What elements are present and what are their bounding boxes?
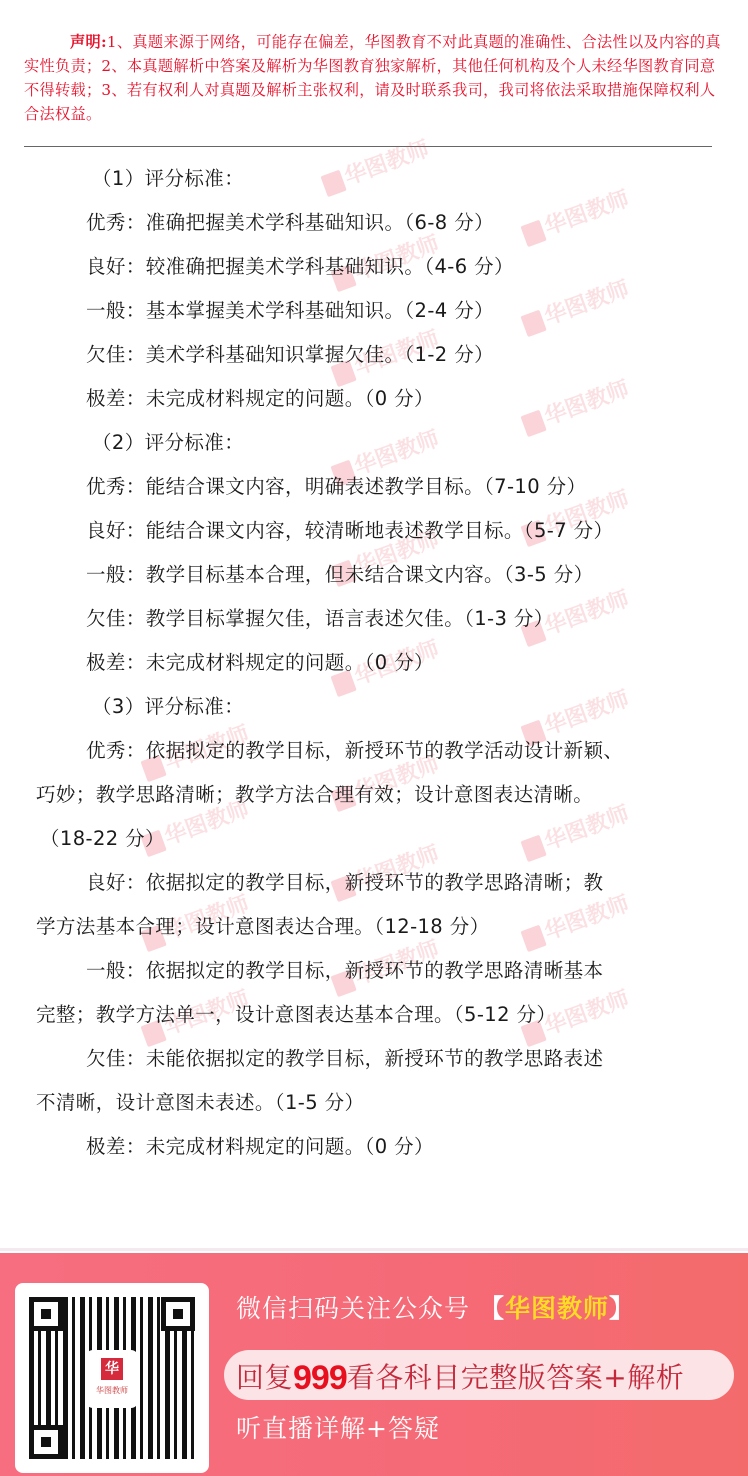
criteria-line: 优秀：依据拟定的教学目标，新授环节的教学活动设计新颖、 <box>86 735 623 763</box>
follow-text: 微信扫码关注公众号 【华图教师】 <box>236 1289 635 1325</box>
brand-name: 华图教师 <box>505 1294 609 1323</box>
watermark-logo-icon <box>520 925 546 953</box>
qr-code-card[interactable]: 华 华图教师 <box>15 1283 209 1473</box>
criteria-item: 欠佳：美术学科基础知识掌握欠佳。（1-2 分） <box>86 339 494 367</box>
notice-text: 1、真题来源于网络，可能存在偏差，华图教育不对此真题的准确性、合法性以及内容的真… <box>24 33 721 123</box>
watermark-logo-icon <box>520 220 546 248</box>
criteria-line: 一般：依据拟定的教学目标，新授环节的教学思路清晰基本 <box>86 955 603 983</box>
criteria-line: 不清晰，设计意图未表述。（1-5 分） <box>36 1087 364 1115</box>
watermark-logo-icon <box>520 410 546 438</box>
reply-pill: 回复999看各科目完整版答案+解析 <box>224 1350 734 1400</box>
watermark: 华图教师 <box>518 887 633 954</box>
watermark-logo-icon <box>320 170 346 198</box>
criteria-line: （18-22 分） <box>40 823 165 851</box>
promo-banner: 华 华图教师 微信扫码关注公众号 【华图教师】 回复999看各科目完整版答案+解… <box>0 1253 748 1476</box>
watermark: 华图教师 <box>518 272 633 339</box>
watermark: 华图教师 <box>518 372 633 439</box>
qr-finder-icon <box>29 1297 63 1331</box>
qr-finder-icon <box>29 1425 63 1459</box>
qr-center-logo: 华 华图教师 <box>89 1353 135 1405</box>
criteria-line: 巧妙；教学思路清晰；教学方法合理有效；设计意图表达清晰。 <box>36 779 593 807</box>
criteria-item: 良好：较准确把握美术学科基础知识。（4-6 分） <box>86 251 514 279</box>
watermark: 华图教师 <box>518 797 633 864</box>
section-heading: （2）评分标准： <box>92 427 244 455</box>
criteria-item: 优秀：准确把握美术学科基础知识。（6-8 分） <box>86 207 494 235</box>
qr-logo-text: 华图教师 <box>89 1385 135 1396</box>
criteria-line: 学方法基本合理；设计意图表达合理。（12-18 分） <box>36 911 490 939</box>
criteria-item: 极差：未完成材料规定的问题。（0 分） <box>86 647 434 675</box>
divider <box>24 146 712 147</box>
criteria-item: 优秀：能结合课文内容，明确表述教学目标。（7-10 分） <box>86 471 586 499</box>
criteria-line: 完整；教学方法单一，设计意图表达基本合理。（5-12 分） <box>36 999 556 1027</box>
section-heading: （1）评分标准： <box>92 163 244 191</box>
criteria-line: 极差：未完成材料规定的问题。（0 分） <box>86 1131 434 1159</box>
notice-label: 声明: <box>70 33 107 51</box>
watermark-logo-icon <box>520 310 546 338</box>
section-heading: （3）评分标准： <box>92 691 244 719</box>
criteria-line: 欠佳：未能依据拟定的教学目标，新授环节的教学思路表述 <box>86 1043 603 1071</box>
reply-number: 999 <box>293 1359 347 1397</box>
banner-divider <box>0 1248 748 1251</box>
watermark-logo-icon <box>520 835 546 863</box>
criteria-item: 一般：基本掌握美术学科基础知识。（2-4 分） <box>86 295 494 323</box>
live-text: 听直播详解+答疑 <box>236 1409 440 1445</box>
disclaimer-notice: 声明:1、真题来源于网络，可能存在偏差，华图教育不对此真题的准确性、合法性以及内… <box>24 30 724 126</box>
watermark: 华图教师 <box>318 132 433 199</box>
qr-finder-icon <box>161 1297 195 1331</box>
criteria-line: 良好：依据拟定的教学目标，新授环节的教学思路清晰；教 <box>86 867 603 895</box>
criteria-item: 一般：教学目标基本合理，但未结合课文内容。（3-5 分） <box>86 559 594 587</box>
brand-logo-icon: 华 <box>101 1358 123 1380</box>
qr-code[interactable]: 华 华图教师 <box>29 1297 195 1459</box>
watermark: 华图教师 <box>518 182 633 249</box>
criteria-item: 极差：未完成材料规定的问题。（0 分） <box>86 383 434 411</box>
criteria-item: 良好：能结合课文内容，较清晰地表述教学目标。（5-7 分） <box>86 515 613 543</box>
criteria-item: 欠佳：教学目标掌握欠佳，语言表述欠佳。（1-3 分） <box>86 603 554 631</box>
